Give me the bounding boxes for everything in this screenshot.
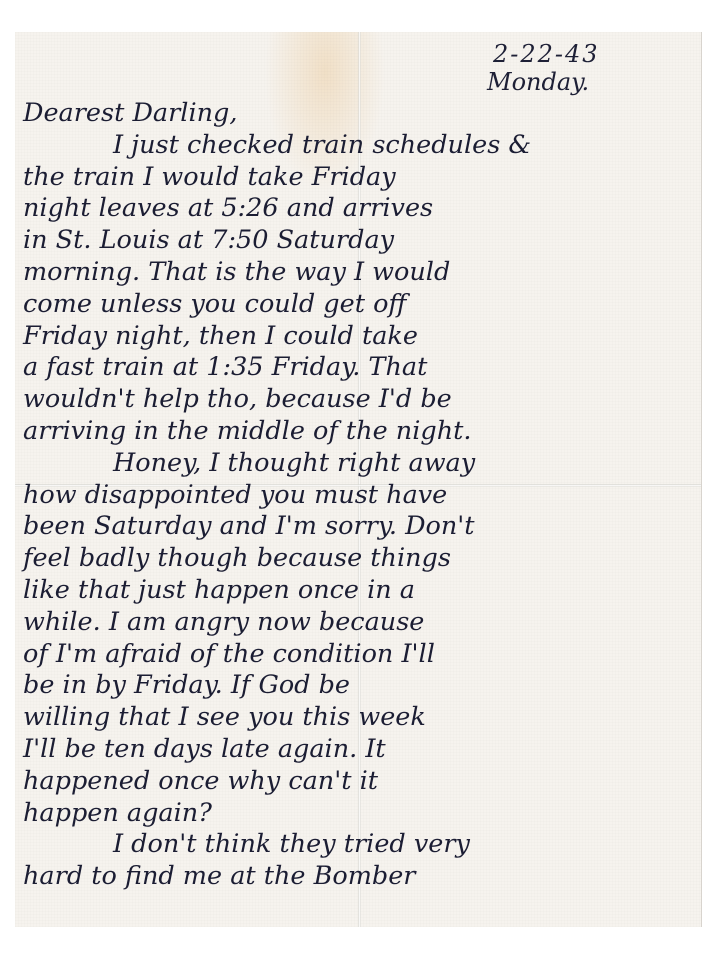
letter-line: in St. Louis at 7:50 Saturday xyxy=(23,225,691,257)
letter-line: how disappointed you must have xyxy=(23,480,691,512)
letter-line: a fast train at 1:35 Friday. That xyxy=(23,352,691,384)
letter-day: Monday. xyxy=(487,68,600,96)
salutation: Dearest Darling, xyxy=(23,98,691,130)
letter-line: hard to find me at the Bomber xyxy=(23,861,691,893)
letter-line: of I'm afraid of the condition I'll xyxy=(23,639,691,671)
letter-line: I don't think they tried very xyxy=(23,829,691,861)
letter-line: been Saturday and I'm sorry. Don't xyxy=(23,511,691,543)
letter-line: arriving in the middle of the night. xyxy=(23,416,691,448)
letter-line: feel badly though because things xyxy=(23,543,691,575)
letter-page: 2-22-43 Monday. Dearest Darling, I just … xyxy=(15,32,701,927)
letter-line: happen again? xyxy=(23,798,691,830)
letter-line: Friday night, then I could take xyxy=(23,321,691,353)
letter-line: I just checked train schedules & xyxy=(23,130,691,162)
letter-line: like that just happen once in a xyxy=(23,575,691,607)
date-block: 2-22-43 Monday. xyxy=(493,40,600,96)
letter-line: morning. That is the way I would xyxy=(23,257,691,289)
letter-line: the train I would take Friday xyxy=(23,162,691,194)
letter-date: 2-22-43 xyxy=(493,40,600,68)
letter-line: while. I am angry now because xyxy=(23,607,691,639)
letter-line: willing that I see you this week xyxy=(23,702,691,734)
letter-line: be in by Friday. If God be xyxy=(23,670,691,702)
letter-line: happened once why can't it xyxy=(23,766,691,798)
letter-line: come unless you could get off xyxy=(23,289,691,321)
letter-line: Honey, I thought right away xyxy=(23,448,691,480)
letter-body: Dearest Darling, I just checked train sc… xyxy=(23,98,691,893)
letter-line: wouldn't help tho, because I'd be xyxy=(23,384,691,416)
letter-line: night leaves at 5:26 and arrives xyxy=(23,193,691,225)
letter-line: I'll be ten days late again. It xyxy=(23,734,691,766)
